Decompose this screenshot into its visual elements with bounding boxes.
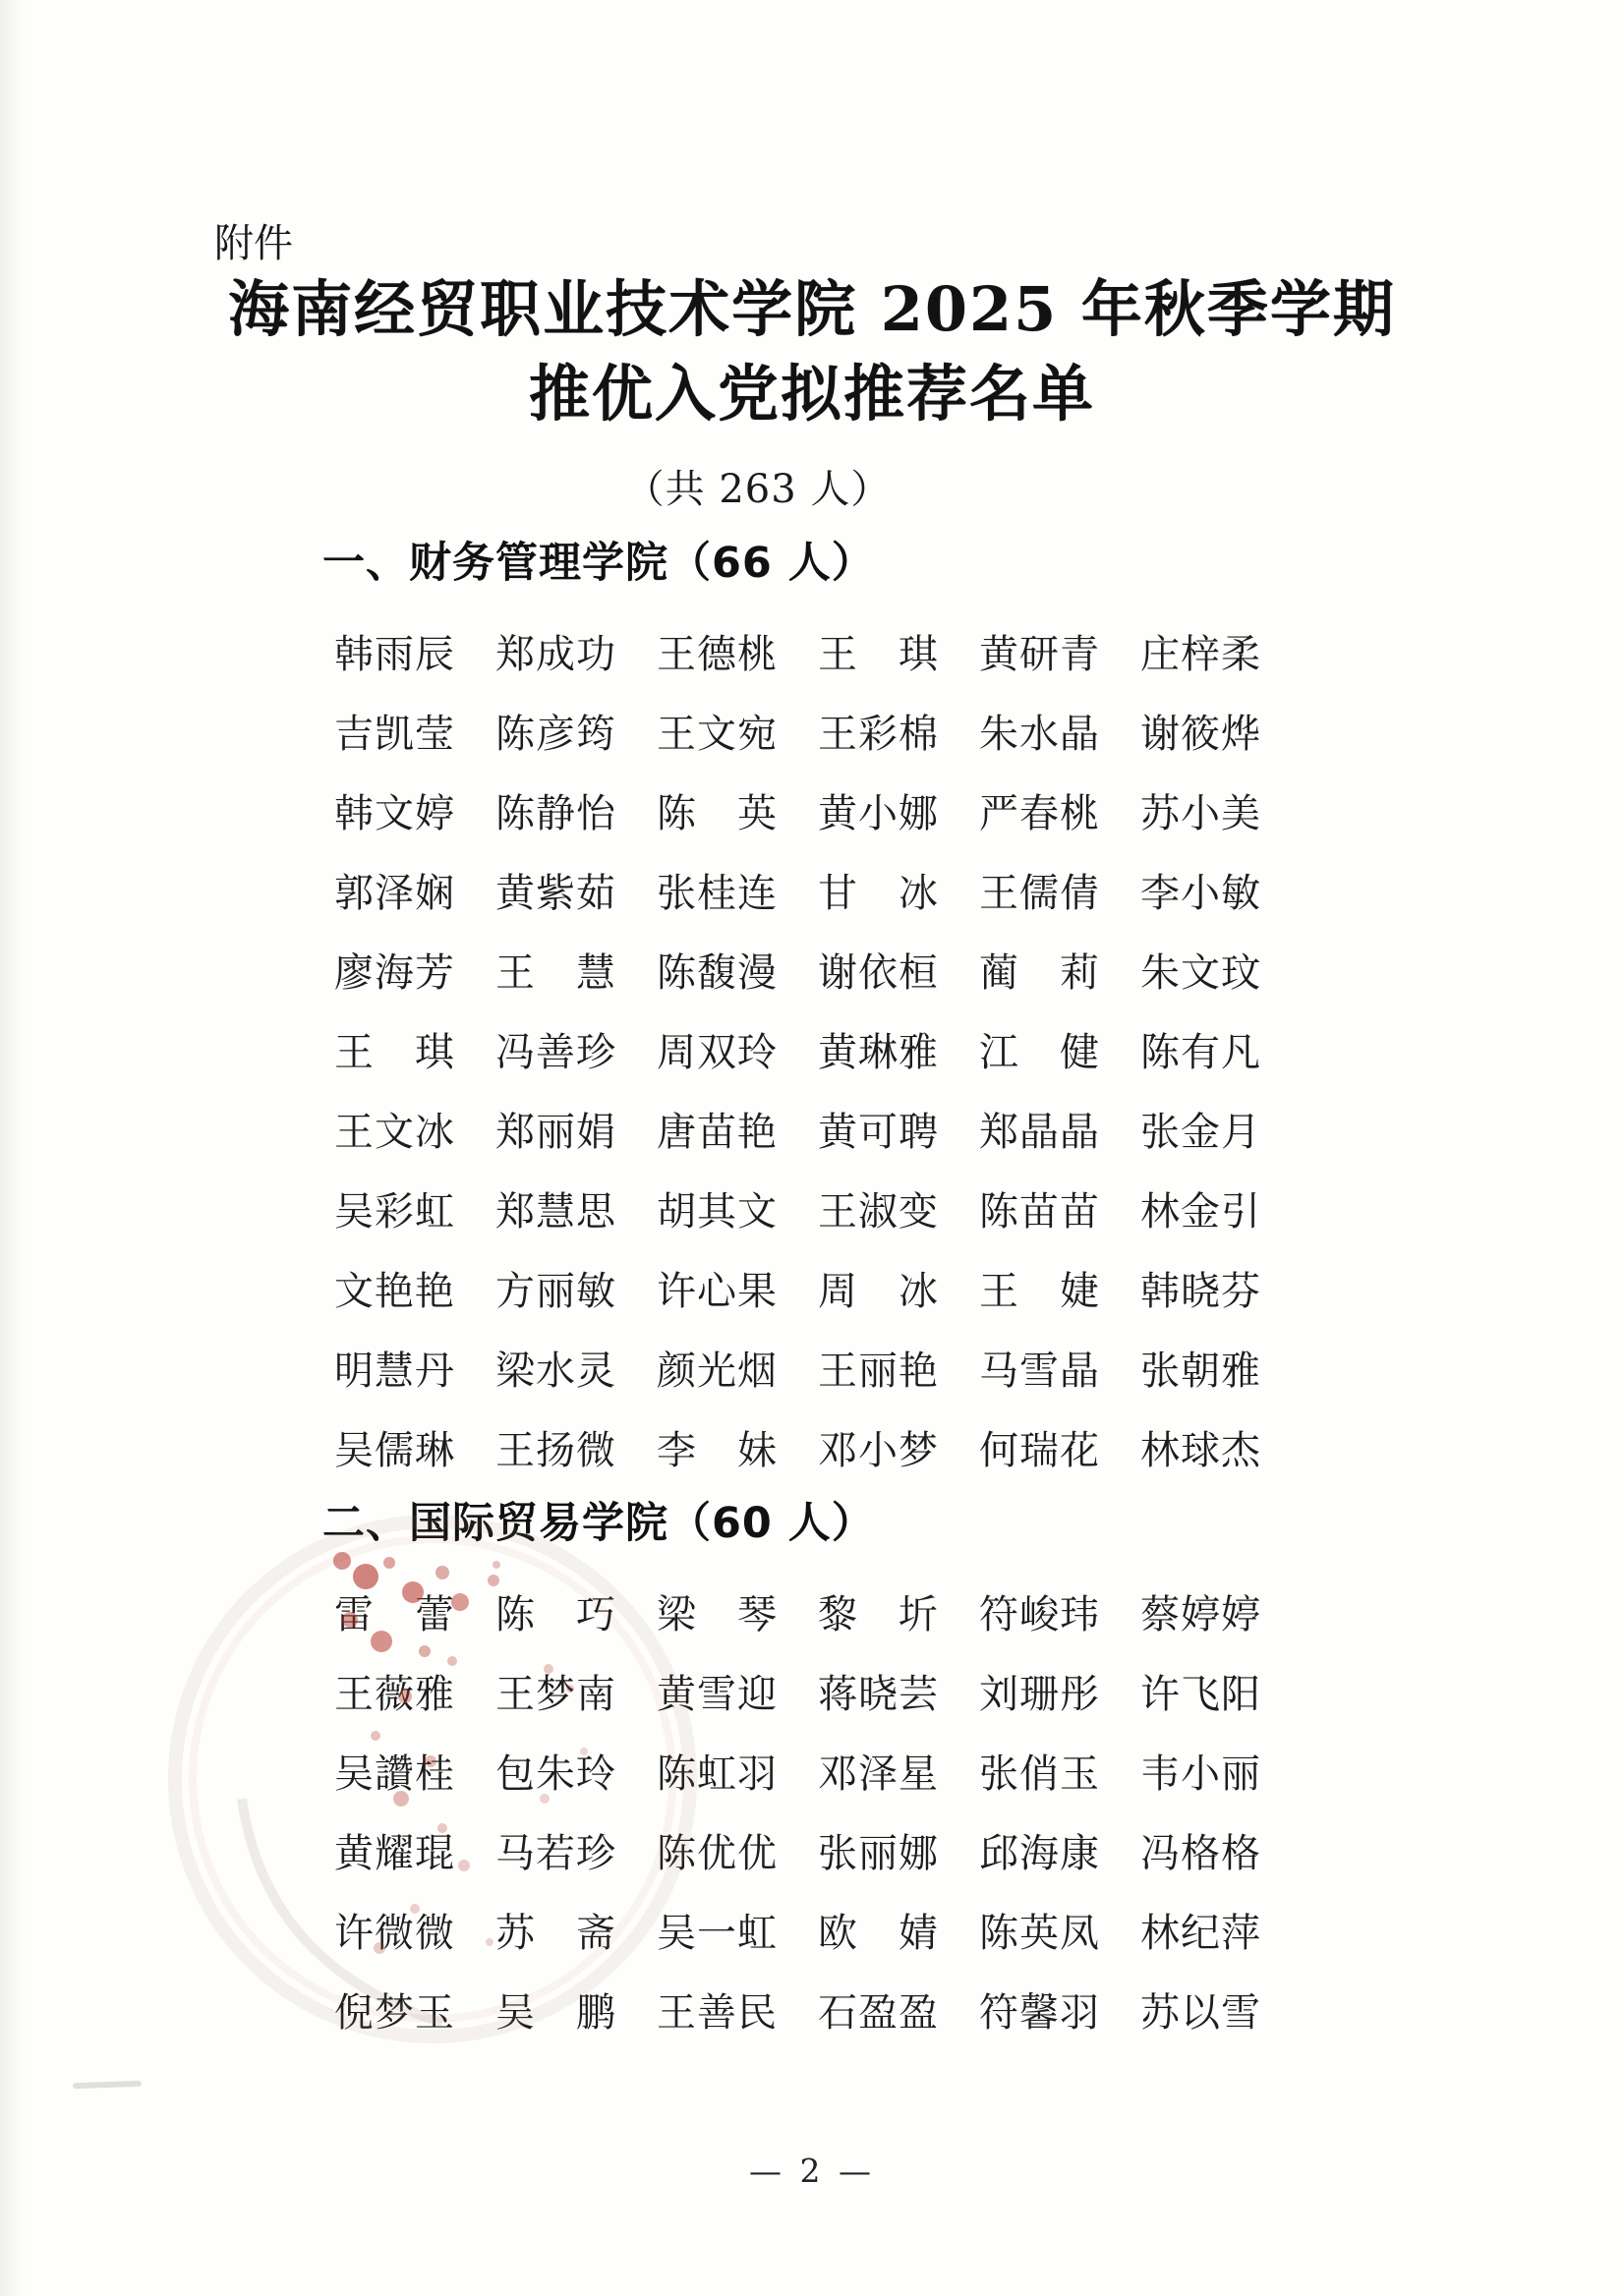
name-cell: 朱文玟 xyxy=(1140,934,1302,1013)
name-cell: 欧 婧 xyxy=(818,1894,979,1974)
name-cell: 邓小梦 xyxy=(818,1411,979,1491)
name-grid: 韩雨辰郑成功王德桃王 琪黄研青庄梓柔吉凯莹陈彦筠王文宛王彩棉朱水晶谢筱烨韩文婷陈… xyxy=(334,615,1624,1491)
name-cell: 邓泽星 xyxy=(818,1735,979,1814)
name-cell: 梁 琴 xyxy=(657,1576,818,1655)
name-cell: 陈虹羽 xyxy=(657,1735,818,1814)
title-line-1: 海南经贸职业技术学院 2025 年秋季学期 xyxy=(0,267,1624,352)
name-cell: 李小敏 xyxy=(1140,854,1302,934)
name-cell: 张朝雅 xyxy=(1140,1332,1302,1411)
name-cell: 吴讚桂 xyxy=(334,1735,495,1814)
name-cell: 林金引 xyxy=(1140,1173,1302,1252)
name-cell: 黄琳雅 xyxy=(818,1013,979,1093)
section: 二、国际贸易学院（60 人）雷 蕾陈 巧梁 琴黎 圻符峻玮蔡婷婷王薇雅王梦南黄雪… xyxy=(0,1491,1624,2053)
name-cell: 陈 巧 xyxy=(495,1576,657,1655)
document-page: 附件 海南经贸职业技术学院 2025 年秋季学期 推优入党拟推荐名单 （共 26… xyxy=(0,0,1624,2296)
name-cell: 甘 冰 xyxy=(818,854,979,934)
name-cell: 谢依桓 xyxy=(818,934,979,1013)
name-cell: 韦小丽 xyxy=(1140,1735,1302,1814)
name-cell: 王德桃 xyxy=(657,615,818,695)
name-cell: 许微微 xyxy=(334,1894,495,1974)
name-cell: 黄耀琨 xyxy=(334,1814,495,1894)
name-cell: 邱海康 xyxy=(979,1814,1140,1894)
name-cell: 吴彩虹 xyxy=(334,1173,495,1252)
name-cell: 陈英凤 xyxy=(979,1894,1140,1974)
name-cell: 石盈盈 xyxy=(818,1974,979,2053)
name-cell: 王文冰 xyxy=(334,1093,495,1173)
name-cell: 刘珊彤 xyxy=(979,1655,1140,1735)
name-cell: 苏 斋 xyxy=(495,1894,657,1974)
name-cell: 马若珍 xyxy=(495,1814,657,1894)
name-cell: 陈彦筠 xyxy=(495,695,657,775)
name-cell: 林纪萍 xyxy=(1140,1894,1302,1974)
name-cell: 蔺 莉 xyxy=(979,934,1140,1013)
page-number: — 2 — xyxy=(0,2151,1624,2192)
name-cell: 蔡婷婷 xyxy=(1140,1576,1302,1655)
name-grid: 雷 蕾陈 巧梁 琴黎 圻符峻玮蔡婷婷王薇雅王梦南黄雪迎蒋晓芸刘珊彤许飞阳吴讚桂包… xyxy=(334,1576,1624,2053)
name-cell: 颜光烟 xyxy=(657,1332,818,1411)
name-cell: 吴儒琳 xyxy=(334,1411,495,1491)
name-cell: 陈优优 xyxy=(657,1814,818,1894)
name-cell: 吴 鹏 xyxy=(495,1974,657,2053)
name-cell: 韩文婷 xyxy=(334,775,495,854)
name-cell: 黎 圻 xyxy=(818,1576,979,1655)
name-cell: 陈静怡 xyxy=(495,775,657,854)
name-cell: 王梦南 xyxy=(495,1655,657,1735)
name-cell: 王彩棉 xyxy=(818,695,979,775)
name-cell: 庄梓柔 xyxy=(1140,615,1302,695)
name-cell: 陈有凡 xyxy=(1140,1013,1302,1093)
name-cell: 周双玲 xyxy=(657,1013,818,1093)
name-cell: 吴一虹 xyxy=(657,1894,818,1974)
section-heading: 二、国际贸易学院（60 人） xyxy=(322,1491,1624,1556)
name-cell: 张桂连 xyxy=(657,854,818,934)
name-cell: 包朱玲 xyxy=(495,1735,657,1814)
name-cell: 王 婕 xyxy=(979,1252,1140,1332)
name-cell: 郑成功 xyxy=(495,615,657,695)
name-cell: 王 琪 xyxy=(334,1013,495,1093)
section: 一、财务管理学院（66 人）韩雨辰郑成功王德桃王 琪黄研青庄梓柔吉凯莹陈彦筠王文… xyxy=(0,531,1624,1491)
name-cell: 郑晶晶 xyxy=(979,1093,1140,1173)
name-cell: 梁水灵 xyxy=(495,1332,657,1411)
name-cell: 陈苗苗 xyxy=(979,1173,1140,1252)
name-cell: 文艳艳 xyxy=(334,1252,495,1332)
name-cell: 马雪晶 xyxy=(979,1332,1140,1411)
name-cell: 廖海芳 xyxy=(334,934,495,1013)
name-cell: 谢筱烨 xyxy=(1140,695,1302,775)
name-cell: 朱水晶 xyxy=(979,695,1140,775)
name-cell: 符峻玮 xyxy=(979,1576,1140,1655)
total-count: （共 263 人） xyxy=(0,464,1570,515)
name-cell: 严春桃 xyxy=(979,775,1140,854)
name-cell: 黄紫茹 xyxy=(495,854,657,934)
name-cell: 黄小娜 xyxy=(818,775,979,854)
name-cell: 苏小美 xyxy=(1140,775,1302,854)
name-cell: 张金月 xyxy=(1140,1093,1302,1173)
name-cell: 周 冰 xyxy=(818,1252,979,1332)
name-cell: 冯格格 xyxy=(1140,1814,1302,1894)
name-cell: 王扬微 xyxy=(495,1411,657,1491)
title-line-2: 推优入党拟推荐名单 xyxy=(0,352,1624,436)
name-cell: 王儒倩 xyxy=(979,854,1140,934)
name-cell: 张丽娜 xyxy=(818,1814,979,1894)
name-cell: 黄雪迎 xyxy=(657,1655,818,1735)
name-cell: 陈 英 xyxy=(657,775,818,854)
name-cell: 吉凯莹 xyxy=(334,695,495,775)
scan-artifact xyxy=(73,2081,142,2089)
name-cell: 明慧丹 xyxy=(334,1332,495,1411)
section-heading: 一、财务管理学院（66 人） xyxy=(322,531,1624,596)
name-cell: 王文宛 xyxy=(657,695,818,775)
name-cell: 李 妹 xyxy=(657,1411,818,1491)
name-cell: 王淑变 xyxy=(818,1173,979,1252)
name-cell: 许飞阳 xyxy=(1140,1655,1302,1735)
name-cell: 方丽敏 xyxy=(495,1252,657,1332)
attachment-label: 附件 xyxy=(214,218,293,269)
name-cell: 黄研青 xyxy=(979,615,1140,695)
name-cell: 王丽艳 xyxy=(818,1332,979,1411)
name-cell: 唐苗艳 xyxy=(657,1093,818,1173)
name-cell: 韩雨辰 xyxy=(334,615,495,695)
name-cell: 符馨羽 xyxy=(979,1974,1140,2053)
name-cell: 王薇雅 xyxy=(334,1655,495,1735)
name-cell: 倪梦玉 xyxy=(334,1974,495,2053)
name-cell: 韩晓芬 xyxy=(1140,1252,1302,1332)
name-cell: 许心果 xyxy=(657,1252,818,1332)
sections-container: 一、财务管理学院（66 人）韩雨辰郑成功王德桃王 琪黄研青庄梓柔吉凯莹陈彦筠王文… xyxy=(0,531,1624,2053)
name-cell: 郑丽娟 xyxy=(495,1093,657,1173)
name-cell: 郭泽娴 xyxy=(334,854,495,934)
document-title: 海南经贸职业技术学院 2025 年秋季学期 推优入党拟推荐名单 xyxy=(0,267,1624,436)
name-cell: 王 慧 xyxy=(495,934,657,1013)
name-cell: 黄可聘 xyxy=(818,1093,979,1173)
name-cell: 王 琪 xyxy=(818,615,979,695)
name-cell: 何瑞花 xyxy=(979,1411,1140,1491)
name-cell: 张俏玉 xyxy=(979,1735,1140,1814)
name-cell: 郑慧思 xyxy=(495,1173,657,1252)
name-cell: 胡其文 xyxy=(657,1173,818,1252)
name-cell: 陈馥漫 xyxy=(657,934,818,1013)
name-cell: 江 健 xyxy=(979,1013,1140,1093)
name-cell: 冯善珍 xyxy=(495,1013,657,1093)
name-cell: 苏以雪 xyxy=(1140,1974,1302,2053)
name-cell: 蒋晓芸 xyxy=(818,1655,979,1735)
name-cell: 王善民 xyxy=(657,1974,818,2053)
name-cell: 雷 蕾 xyxy=(334,1576,495,1655)
name-cell: 林球杰 xyxy=(1140,1411,1302,1491)
